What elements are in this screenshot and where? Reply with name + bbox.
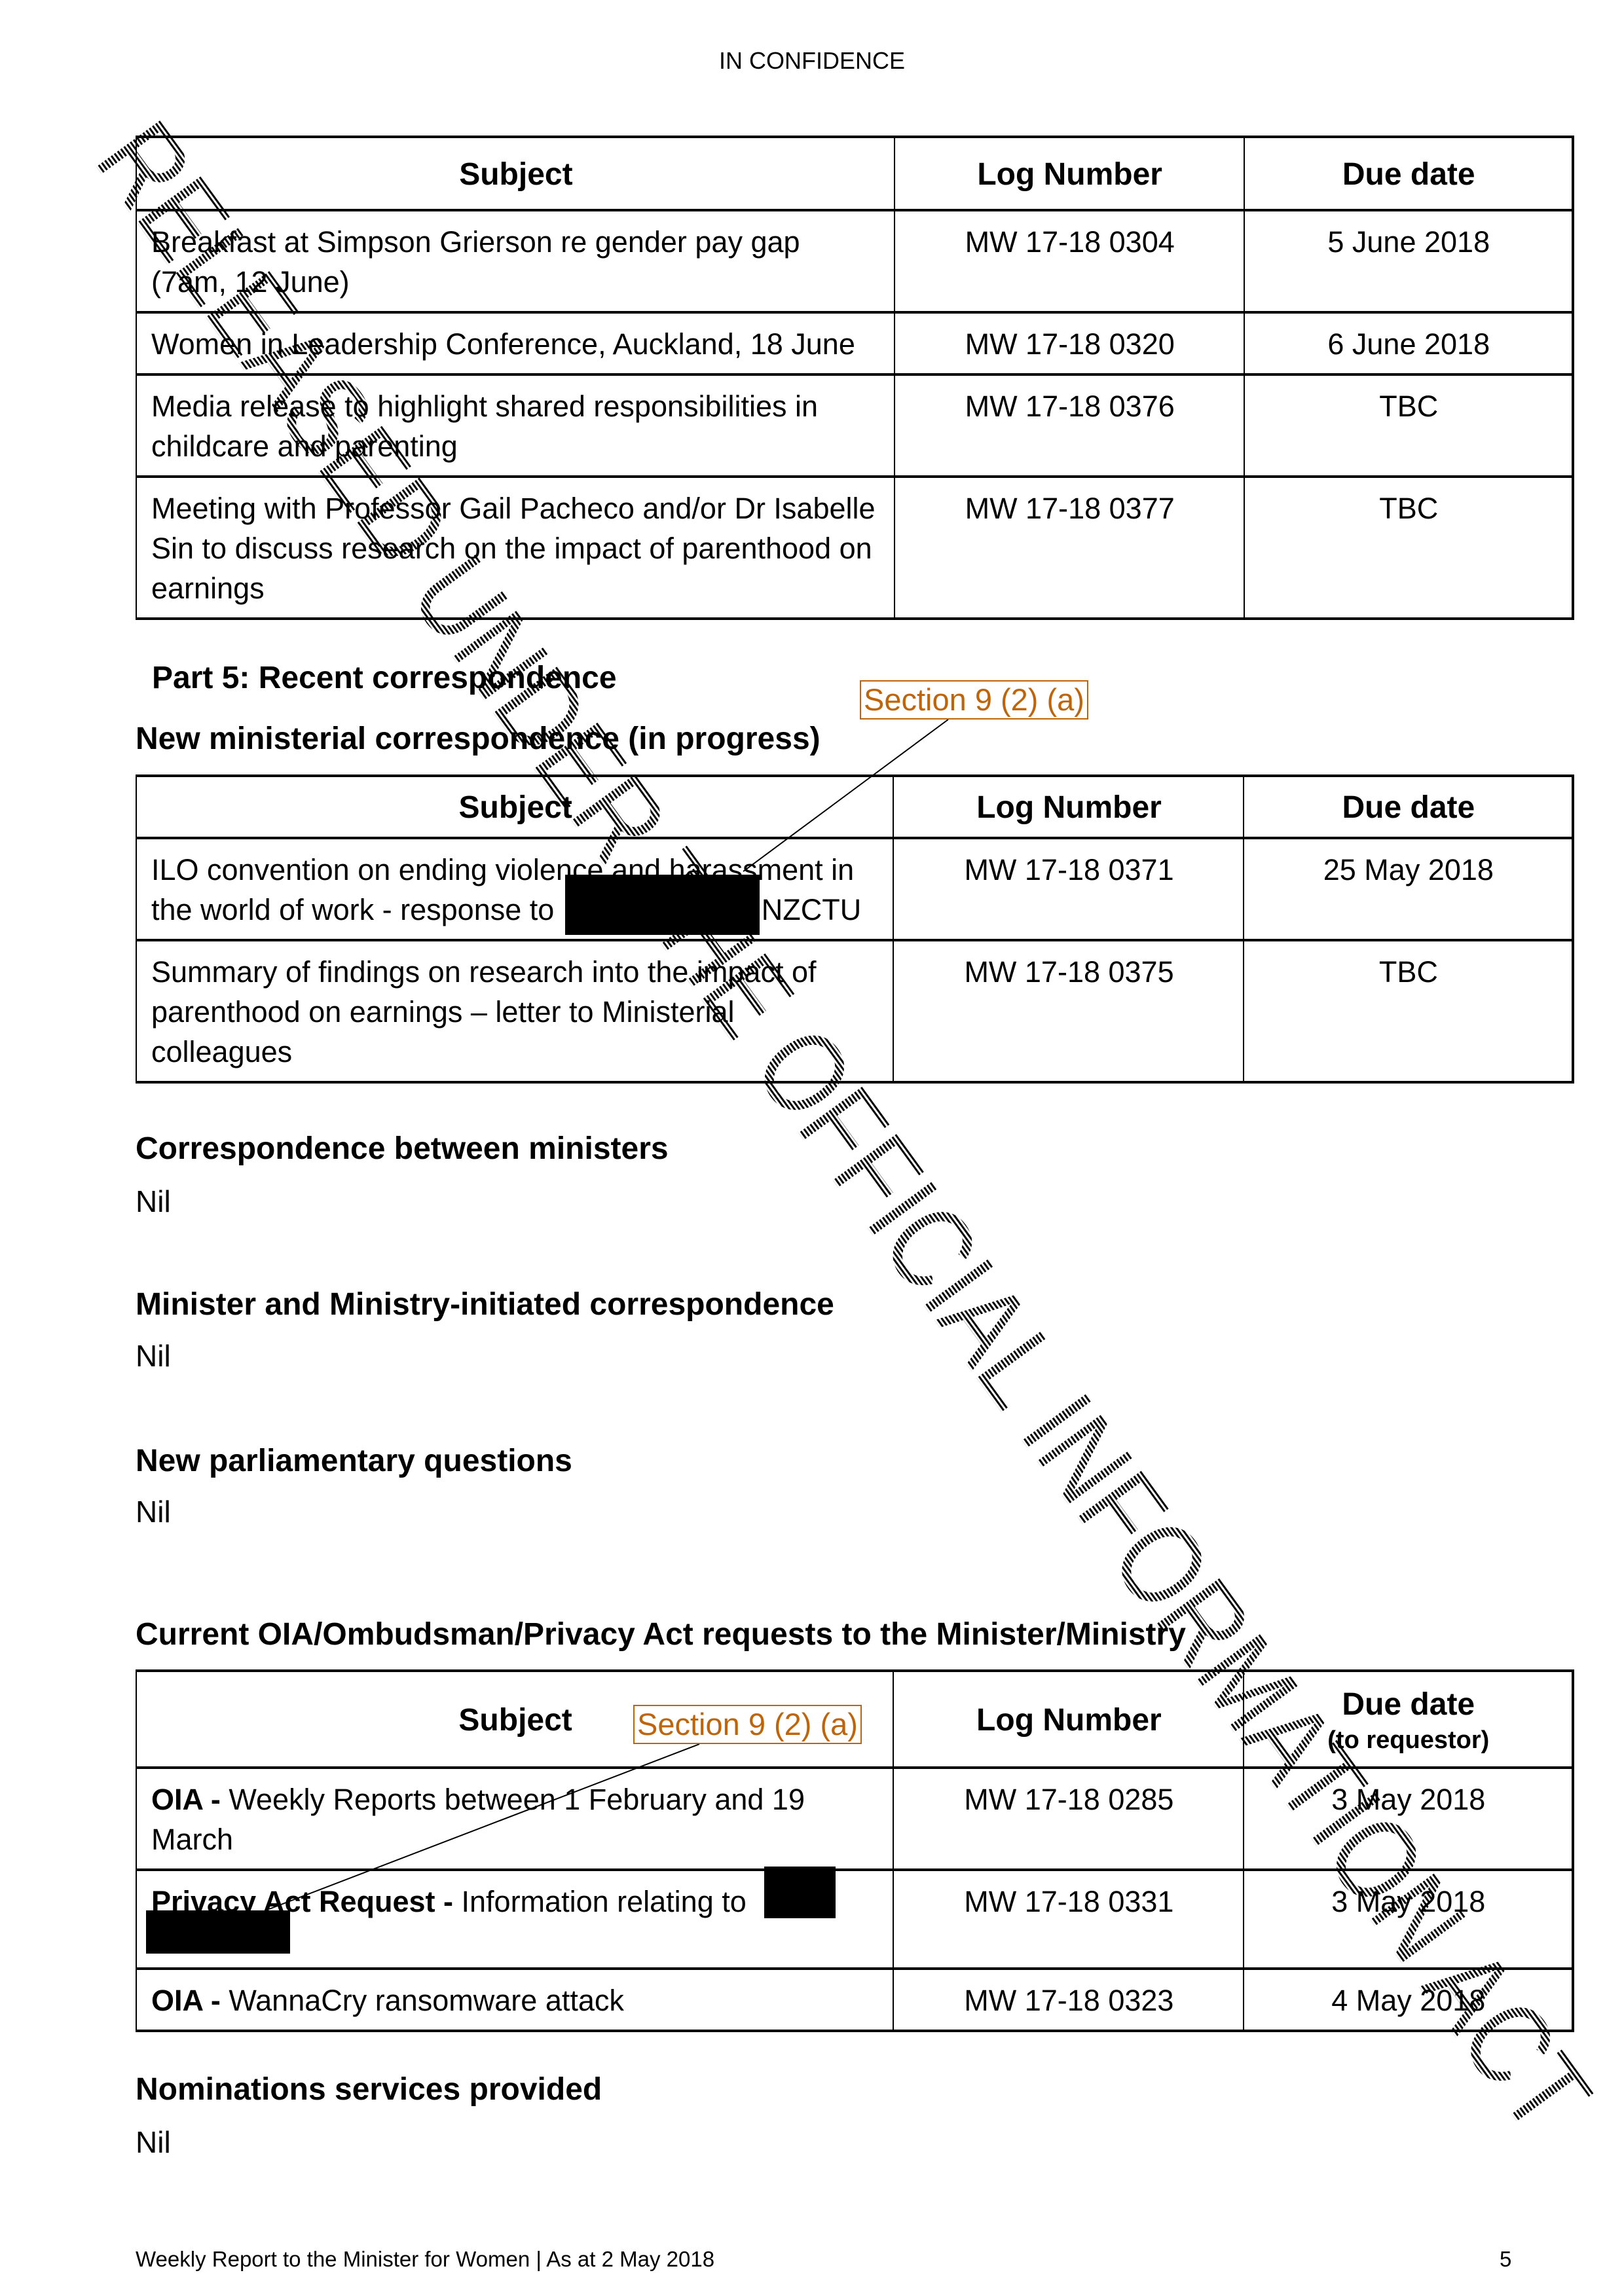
table-row: Meeting with Professor Gail Pacheco and/…: [136, 477, 1573, 619]
cell-due-date: TBC: [1244, 940, 1573, 1082]
column-header-subject: Subject: [136, 776, 893, 838]
cell-due-date: 6 June 2018: [1244, 312, 1574, 374]
request-type: OIA -: [151, 1783, 221, 1816]
table-row: Privacy Act Request - Information relati…: [136, 1870, 1573, 1969]
cell-due-date: 4 May 2018: [1244, 1969, 1573, 2031]
due-date-sublabel: (to requestor): [1259, 1724, 1559, 1756]
subject-text-suffix: NZCTU: [762, 893, 861, 926]
column-header-due-date: Due date (to requestor): [1244, 1671, 1573, 1768]
classification-header: IN CONFIDENCE: [0, 47, 1624, 75]
request-type: OIA -: [151, 1984, 221, 2017]
cell-log-number: MW 17-18 0323: [893, 1969, 1243, 2031]
table-row: OIA - Weekly Reports between 1 February …: [136, 1768, 1573, 1870]
subject-text: Weekly Reports between 1 February and 19…: [151, 1783, 805, 1856]
footer-text: Weekly Report to the Minister for Women …: [136, 2247, 714, 2272]
cell-subject: Summary of findings on research into the…: [136, 940, 893, 1082]
cell-log-number: MW 17-18 0304: [895, 210, 1244, 312]
cell-due-date: TBC: [1244, 477, 1574, 619]
cell-subject: OIA - Weekly Reports between 1 February …: [136, 1768, 893, 1870]
redaction-box: [565, 875, 760, 935]
redaction-box: [764, 1867, 836, 1918]
column-header-subject: Subject: [136, 137, 895, 210]
cell-subject: Media release to highlight shared respon…: [136, 374, 895, 477]
subject-text: WannaCry ransomware attack: [221, 1984, 624, 2017]
cell-log-number: MW 17-18 0320: [895, 312, 1244, 374]
value-between-ministers: Nil: [136, 1184, 171, 1219]
due-date-label: Due date: [1342, 1687, 1475, 1722]
cell-log-number: MW 17-18 0285: [893, 1768, 1243, 1870]
cell-log-number: MW 17-18 0375: [893, 940, 1243, 1082]
column-header-due-date: Due date: [1244, 776, 1573, 838]
redaction-label: Section 9 (2) (a): [860, 680, 1088, 720]
cell-log-number: MW 17-18 0371: [893, 838, 1243, 940]
cell-subject: Meeting with Professor Gail Pacheco and/…: [136, 477, 895, 619]
heading-new-ministerial: New ministerial correspondence (in progr…: [136, 721, 821, 757]
table-row: ILO convention on ending violence and ha…: [136, 838, 1573, 940]
section-title-part5: Part 5: Recent correspondence: [152, 660, 617, 696]
table-row: Breakfast at Simpson Grierson re gender …: [136, 210, 1573, 312]
cell-due-date: TBC: [1244, 374, 1574, 477]
ministerial-correspondence-table: Subject Log Number Due date ILO conventi…: [136, 774, 1574, 1084]
heading-oia-requests: Current OIA/Ombudsman/Privacy Act reques…: [136, 1616, 1186, 1652]
heading-ministry-initiated: Minister and Ministry-initiated correspo…: [136, 1286, 834, 1322]
cell-due-date: 3 May 2018: [1244, 1870, 1573, 1969]
cell-log-number: MW 17-18 0377: [895, 477, 1244, 619]
value-ministry-initiated: Nil: [136, 1338, 171, 1374]
subject-text: Information relating to: [453, 1885, 747, 1918]
cell-log-number: MW 17-18 0331: [893, 1870, 1243, 1969]
table-row: Women in Leadership Conference, Auckland…: [136, 312, 1573, 374]
page-number: 5: [1500, 2247, 1511, 2272]
cell-due-date: 3 May 2018: [1244, 1768, 1573, 1870]
cell-subject: OIA - WannaCry ransomware attack: [136, 1969, 893, 2031]
column-header-log-number: Log Number: [895, 137, 1244, 210]
table-row: Media release to highlight shared respon…: [136, 374, 1573, 477]
column-header-due-date: Due date: [1244, 137, 1574, 210]
column-header-log-number: Log Number: [893, 1671, 1243, 1768]
events-table: Subject Log Number Due date Breakfast at…: [136, 136, 1574, 620]
table-row: OIA - WannaCry ransomware attack MW 17-1…: [136, 1969, 1573, 2031]
cell-subject: Breakfast at Simpson Grierson re gender …: [136, 210, 895, 312]
redaction-label: Section 9 (2) (a): [633, 1705, 862, 1744]
cell-subject: ILO convention on ending violence and ha…: [136, 838, 893, 940]
cell-log-number: MW 17-18 0376: [895, 374, 1244, 477]
value-parliamentary-questions: Nil: [136, 1494, 171, 1529]
table-header-row: Subject Log Number Due date: [136, 137, 1573, 210]
heading-nominations: Nominations services provided: [136, 2071, 602, 2107]
value-nominations: Nil: [136, 2124, 171, 2160]
heading-between-ministers: Correspondence between ministers: [136, 1131, 669, 1167]
cell-due-date: 5 June 2018: [1244, 210, 1574, 312]
column-header-log-number: Log Number: [893, 776, 1243, 838]
cell-subject: Women in Leadership Conference, Auckland…: [136, 312, 895, 374]
table-header-row: Subject Log Number Due date: [136, 776, 1573, 838]
cell-due-date: 25 May 2018: [1244, 838, 1573, 940]
table-row: Summary of findings on research into the…: [136, 940, 1573, 1082]
redaction-box: [146, 1910, 290, 1954]
heading-parliamentary-questions: New parliamentary questions: [136, 1443, 572, 1479]
